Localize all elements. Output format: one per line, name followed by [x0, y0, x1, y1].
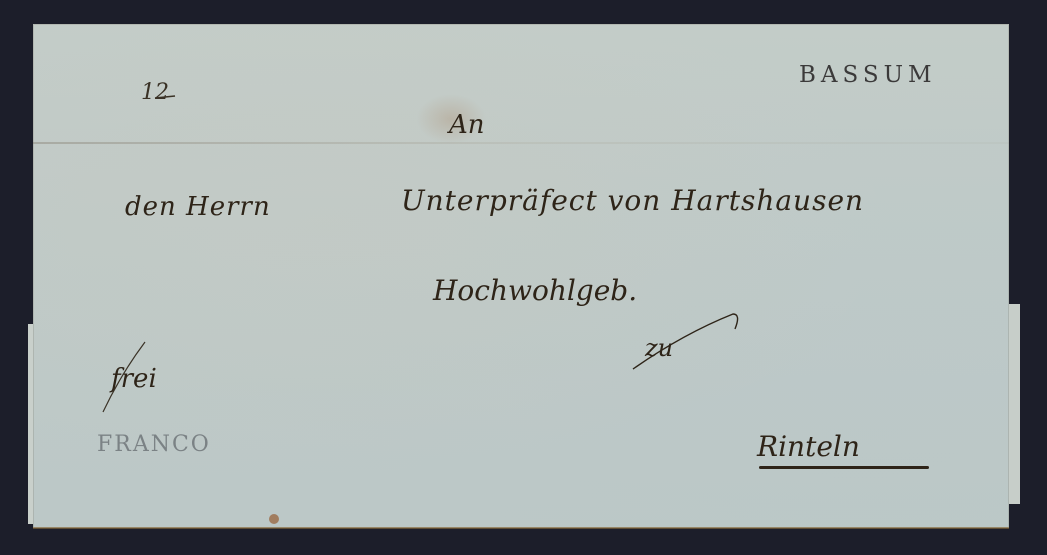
zu-word: zu: [645, 334, 673, 362]
addressee-title: Unterpräfect von Hartshausen: [401, 184, 864, 217]
destination-city: Rinteln: [757, 430, 860, 463]
photo-scene: BASSUM FRANCO 12 An den Herrn Unterpräfe…: [0, 0, 1047, 555]
bassum-postmark: BASSUM: [799, 62, 937, 88]
rate-number: 12: [141, 80, 169, 105]
folded-sheet-edge-right: [1008, 304, 1020, 504]
letter-cover: BASSUM FRANCO 12 An den Herrn Unterpräfe…: [33, 24, 1009, 528]
greeting-an: An: [449, 110, 485, 140]
wax-spot: [269, 514, 279, 524]
salutation-den-herrn: den Herrn: [125, 192, 271, 222]
franco-handstamp: FRANCO: [97, 432, 211, 457]
frei-note: frei: [111, 364, 157, 394]
fold-line: [33, 142, 1009, 144]
destination-underline: [759, 466, 929, 469]
honorific: Hochwohlgeb.: [433, 274, 637, 307]
